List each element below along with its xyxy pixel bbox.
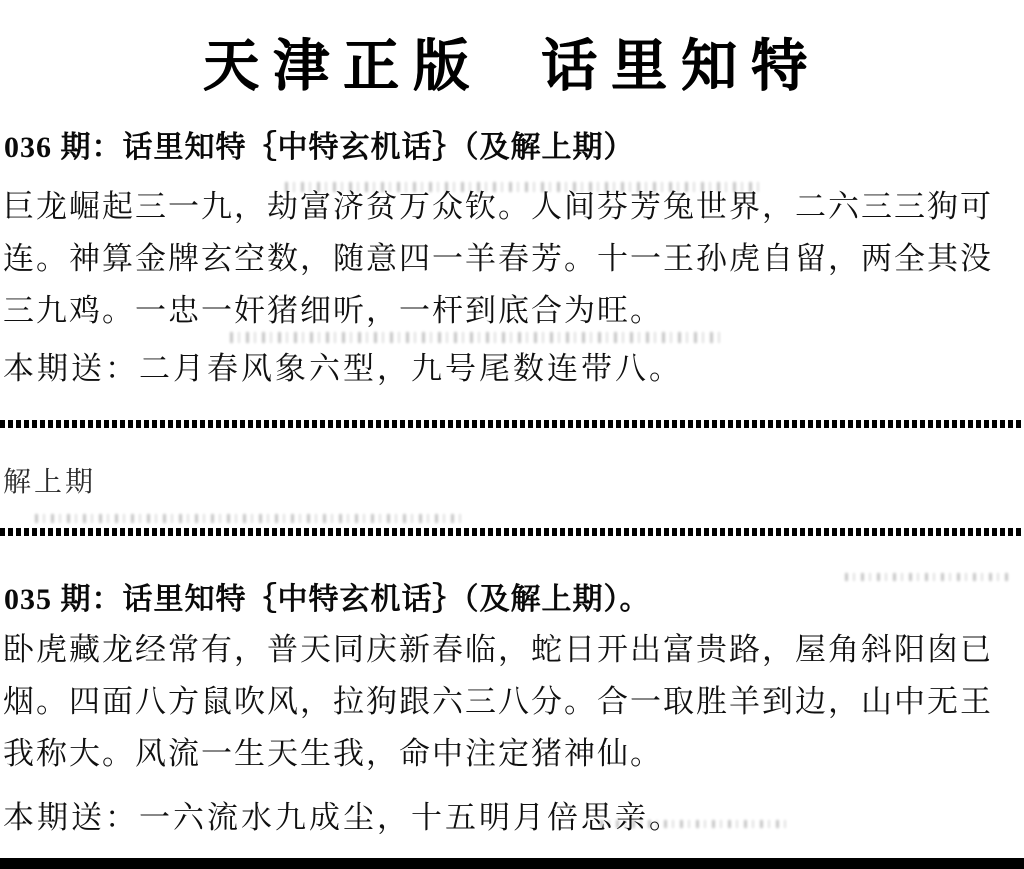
issue-035-paragraph: 卧虎藏龙经常有，普天同庆新春临，蛇日开出富贵路，屋角斜阳囱已 烟。四面八方鼠吹风… xyxy=(3,624,1024,780)
dotted-divider-top xyxy=(0,420,1024,428)
body-line: 我称大。风流一生天生我，命中注定猪神仙。 xyxy=(3,728,1024,780)
scan-smudge xyxy=(35,514,465,523)
page-title: 天津正版 话里知特 xyxy=(0,22,1024,102)
body-line: 卧虎藏龙经常有，普天同庆新春临，蛇日开出富贵路，屋角斜阳囱已 xyxy=(3,624,1024,676)
body-line: 烟。四面八方鼠吹风，拉狗跟六三八分。合一取胜羊到边，山中无王 xyxy=(3,676,1024,728)
issue-035-gift-line: 本期送：一六流水九成尘，十五明月倍思亲。 xyxy=(3,792,683,837)
dotted-divider-bottom xyxy=(0,528,1024,536)
scan-smudge xyxy=(845,573,1010,581)
issue-035-header: 035 期：话里知特｛中特玄机话｝（及解上期）。 xyxy=(4,574,651,618)
solve-previous-issue-label: 解上期 xyxy=(3,460,96,500)
issue-036-gift-line: 本期送：二月春风象六型，九号尾数连带八。 xyxy=(3,343,683,388)
issue-036-paragraph: 巨龙崛起三一九，劫富济贫万众钦。人间芬芳兔世界，二六三三狗可 连。神算金牌玄空数… xyxy=(3,181,1024,337)
scan-smudge xyxy=(230,332,720,343)
body-line: 巨龙崛起三一九，劫富济贫万众钦。人间芬芳兔世界，二六三三狗可 xyxy=(3,181,1024,233)
body-line: 连。神算金牌玄空数，随意四一羊春芳。十一王孙虎自留，两全其没 xyxy=(3,233,1024,285)
bottom-black-bar xyxy=(0,858,1024,869)
body-line: 三九鸡。一忠一奸猪细听，一杆到底合为旺。 xyxy=(3,285,1024,337)
scan-smudge xyxy=(600,820,790,828)
issue-036-header: 036 期：话里知特｛中特玄机话｝（及解上期） xyxy=(4,122,635,166)
